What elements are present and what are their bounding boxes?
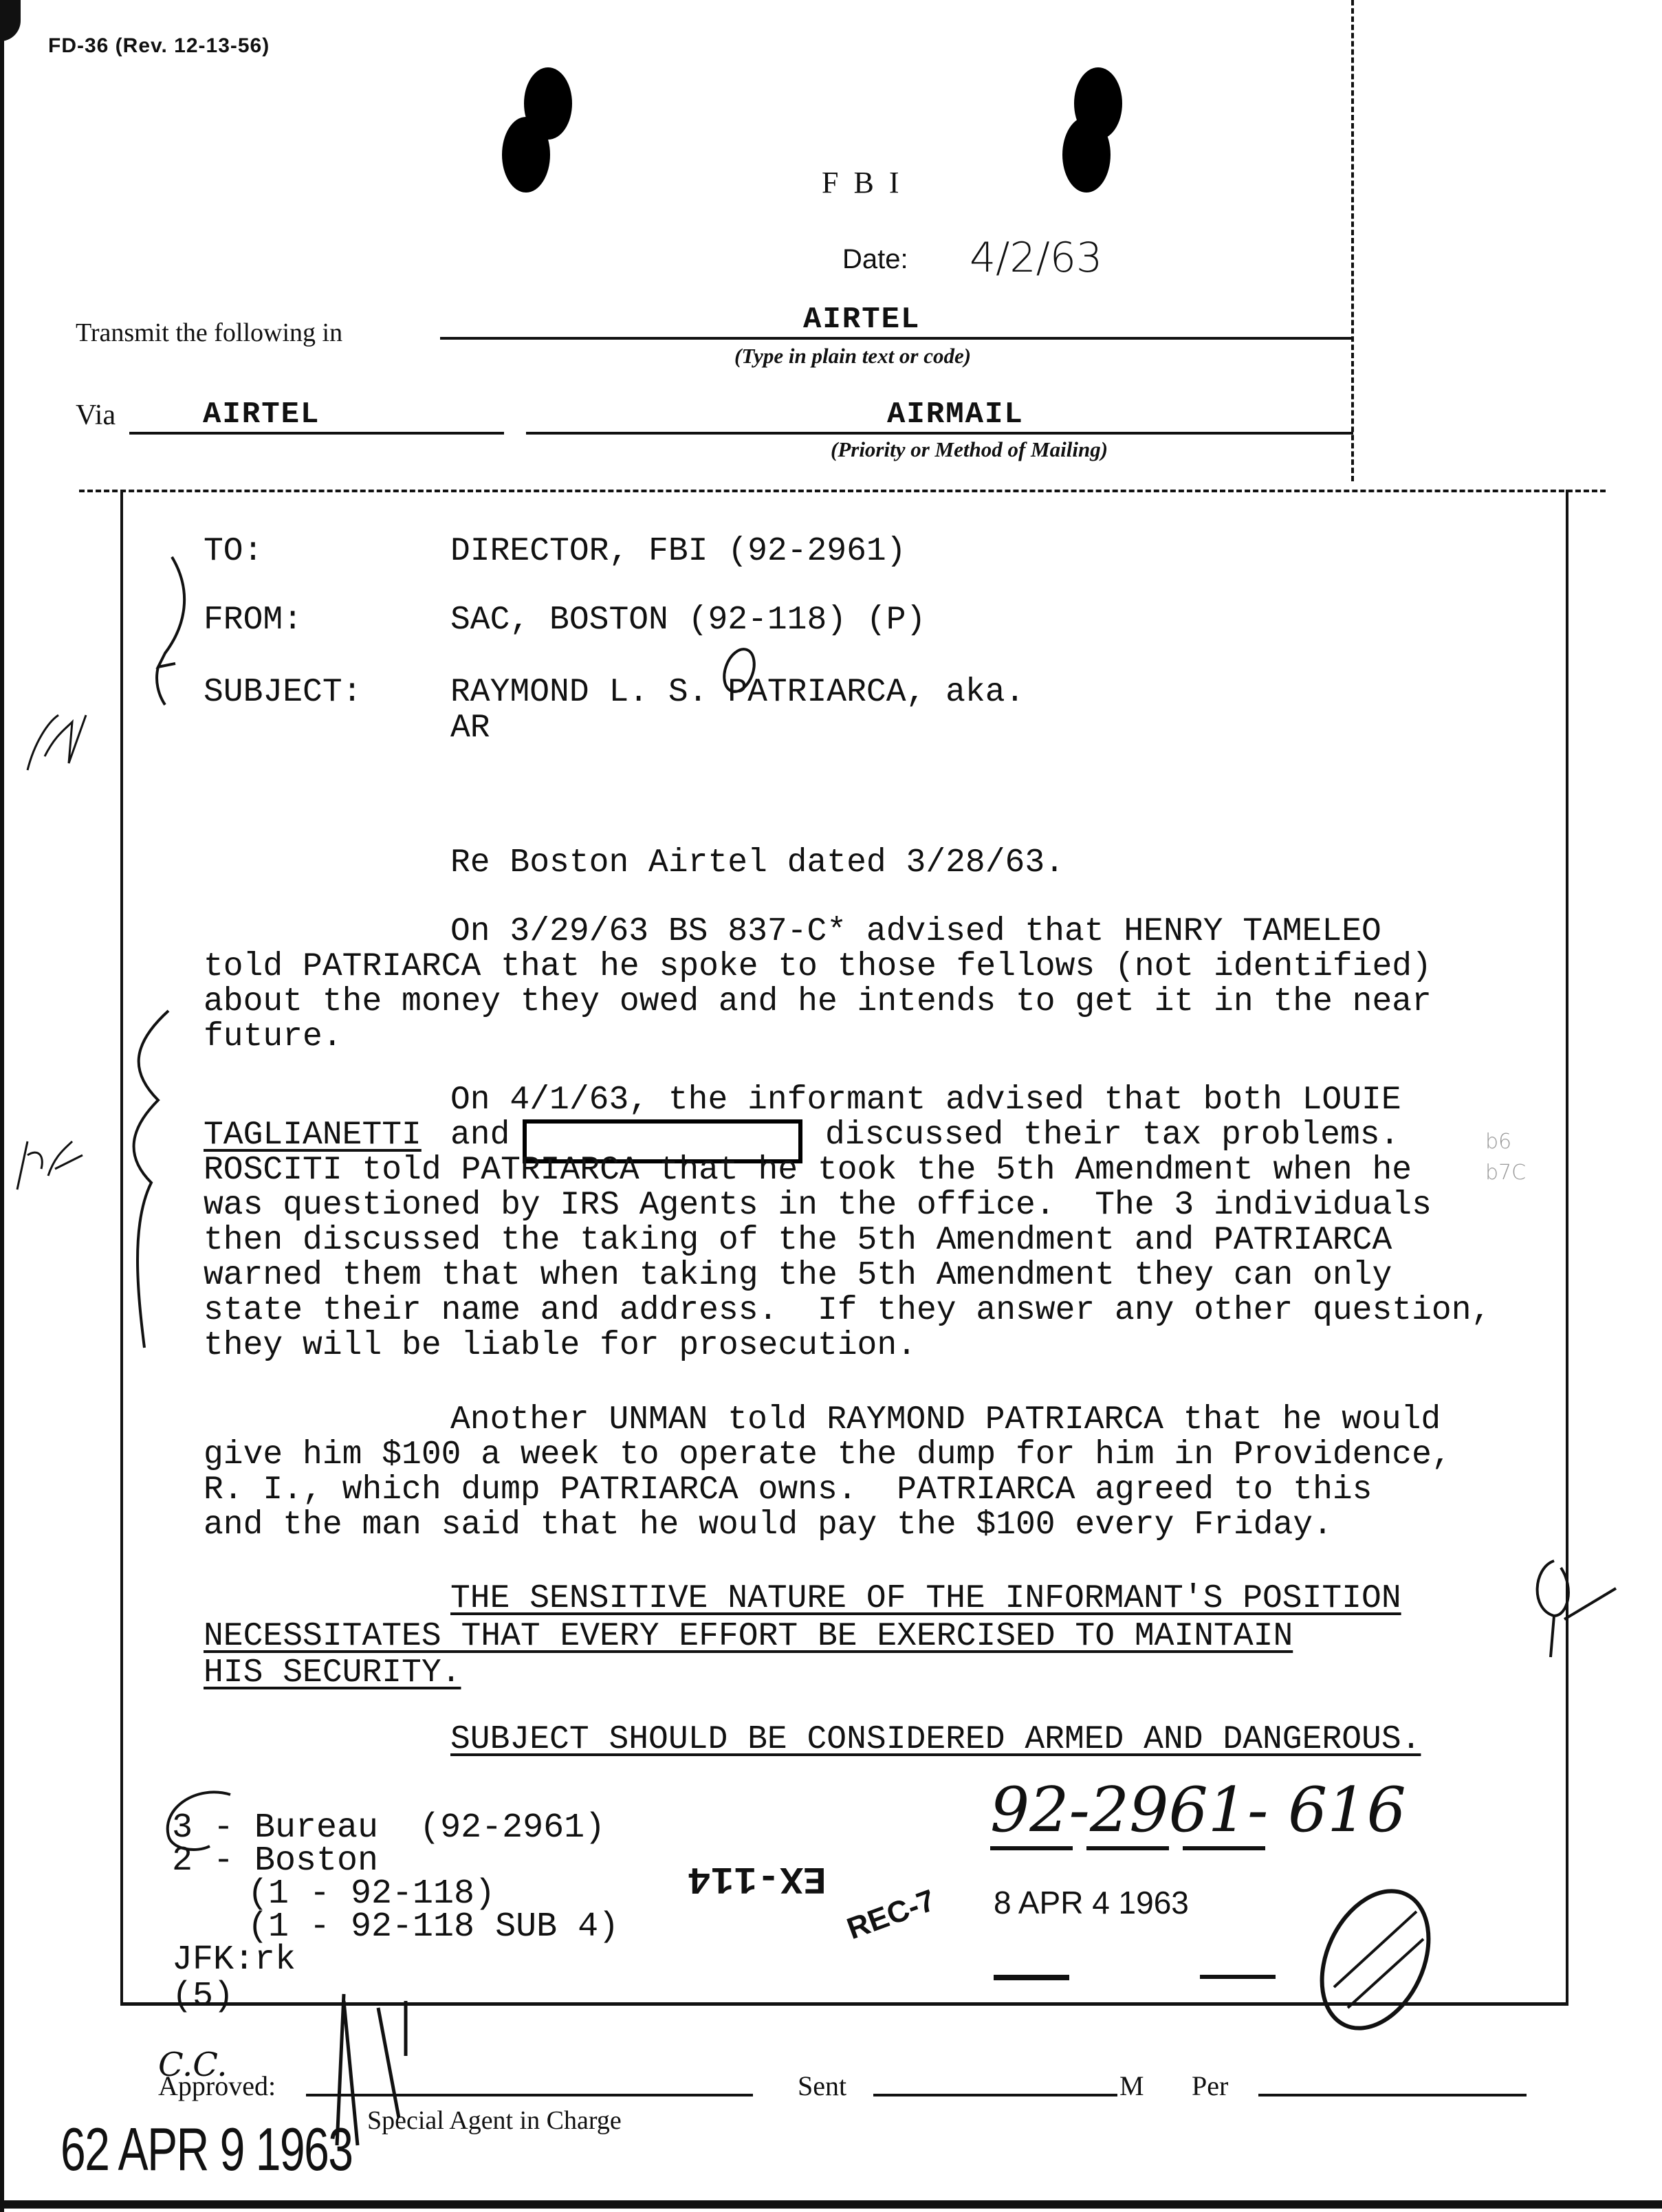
distribution-line3: (1 - 92-118): [206, 1878, 495, 1911]
per-rule: [1258, 2094, 1527, 2096]
punch-hole-right-bottom: [1062, 117, 1111, 193]
received-stamp: 8 APR 4 1963: [994, 1884, 1189, 1921]
transmit-value: AIRTEL: [803, 303, 920, 337]
paragraph2-line5: then discussed the taking of the 5th Ame…: [204, 1223, 1392, 1258]
paragraph2-line8: they will be liable for prosecution.: [204, 1328, 917, 1364]
agency-title: FBI: [822, 165, 914, 200]
bottom-date-stamp: 62 APR 9 1963: [61, 2114, 353, 2184]
method-rule: [526, 432, 1353, 435]
handwritten-note-margin: [7, 1114, 89, 1203]
warning-line3: HIS SECURITY.: [204, 1656, 461, 1691]
paragraph2-name: TAGLIANETTI: [204, 1118, 422, 1153]
m-label: M: [1119, 2070, 1144, 2102]
handwritten-circle-mark: [715, 643, 763, 705]
typist-initials: JFK:rk: [172, 1944, 296, 1977]
distribution-line1: 3 - Bureau (92-2961): [172, 1812, 605, 1845]
date-label: Date:: [842, 244, 908, 275]
punch-hole-left-bottom: [502, 117, 550, 193]
warning-line2: NECESSITATES THAT EVERY EFFORT BE EXERCI…: [204, 1619, 1293, 1654]
handwritten-initials-margin: [17, 701, 93, 791]
paragraph3-line2: give him $100 a week to operate the dump…: [204, 1438, 1452, 1473]
per-label: Per: [1192, 2070, 1228, 2102]
exemption-code-b7c: b7C: [1485, 1161, 1526, 1185]
handwritten-margin-bracket: [103, 1004, 193, 1361]
reference-line: Re Boston Airtel dated 3/28/63.: [450, 846, 1064, 881]
indexed-seal-stamp: [1306, 1884, 1444, 2042]
paragraph3-line3: R. I., which dump PATRIARCA owns. PATRIA…: [204, 1473, 1372, 1508]
paragraph2-line6: warned them that when taking the 5th Ame…: [204, 1258, 1392, 1293]
file-number-handwritten: 92-2961- 616: [990, 1774, 1406, 1846]
armed-dangerous-notice: SUBJECT SHOULD BE CONSIDERED ARMED AND D…: [450, 1722, 1421, 1757]
sent-label: Sent: [798, 2070, 846, 2102]
date-value: 4/2/63: [970, 234, 1102, 282]
sent-rule: [873, 2094, 1117, 2096]
subject-value-line2: AR: [450, 710, 490, 747]
copy-count: (5): [172, 1980, 234, 2013]
subject-label: SUBJECT:: [204, 674, 362, 711]
paragraph1-line1: On 3/29/63 BS 837-C* advised that HENRY …: [450, 915, 1381, 950]
via-rule: [129, 432, 504, 435]
warning-line1: THE SENSITIVE NATURE OF THE INFORMANT'S …: [450, 1581, 1401, 1617]
approved-rule: [306, 2094, 753, 2096]
stamp-bar-left: [994, 1975, 1069, 1980]
via-label: Via: [76, 399, 116, 432]
transmit-caption: (Type in plain text or code): [734, 344, 971, 369]
method-value: AIRMAIL: [887, 397, 1024, 432]
distribution-line4: (1 - 92-118 SUB 4): [206, 1911, 619, 1944]
paragraph2-line2-rest: discussed their tax problems.: [825, 1118, 1399, 1153]
scan-corner: [0, 0, 21, 41]
paragraph1-line4: future.: [204, 1020, 342, 1055]
cut-line-horizontal: [79, 490, 1606, 492]
transmit-label: Transmit the following in: [76, 318, 342, 348]
paragraph2-line4: was questioned by IRS Agents in the offi…: [204, 1188, 1432, 1223]
method-caption: (Priority or Method of Mailing): [831, 437, 1108, 462]
paragraph3-line1: Another UNMAN told RAYMOND PATRIARCA tha…: [450, 1403, 1441, 1438]
ex-stamp: EX-114: [688, 1857, 827, 1901]
sac-label: Special Agent in Charge: [367, 2105, 622, 2136]
from-value: SAC, BOSTON (92-118) (P): [450, 602, 926, 639]
distribution-line2: 2 - Boston: [172, 1845, 378, 1878]
transmit-rule: [440, 337, 1353, 340]
paragraph2-line7: state their name and address. If they an…: [204, 1293, 1491, 1328]
cut-line-vertical: [1351, 0, 1354, 481]
form-id: FD-36 (Rev. 12-13-56): [48, 34, 270, 58]
exemption-code-b6: b6: [1485, 1130, 1511, 1154]
scan-edge-left: [0, 0, 4, 2212]
paragraph2-line3: ROSCITI told PATRIARCA that he took the …: [204, 1153, 1412, 1188]
scan-edge-bottom: [0, 2200, 1662, 2209]
handwritten-bracket-mark: [138, 550, 220, 708]
paragraph2-and: and: [450, 1118, 510, 1153]
paragraph3-line4: and the man said that he would pay the $…: [204, 1508, 1333, 1543]
via-value: AIRTEL: [203, 397, 320, 432]
fbi-airtel-document: FD-36 (Rev. 12-13-56) FBI Date: 4/2/63 T…: [0, 0, 1662, 2212]
stamp-bar-right: [1200, 1975, 1276, 1979]
paragraph2-line1: On 4/1/63, the informant advised that bo…: [450, 1083, 1401, 1118]
handwritten-check-mark: [1513, 1547, 1630, 1664]
paragraph1-line3: about the money they owed and he intends…: [204, 985, 1432, 1020]
paragraph1-line2: told PATRIARCA that he spoke to those fe…: [204, 950, 1432, 985]
body-box-right: [1566, 490, 1568, 2006]
approved-label: Approved:: [158, 2070, 276, 2102]
to-value: DIRECTOR, FBI (92-2961): [450, 533, 906, 570]
rec-stamp: REC-7: [842, 1883, 939, 1947]
file-number-underline: [990, 1846, 1279, 1850]
